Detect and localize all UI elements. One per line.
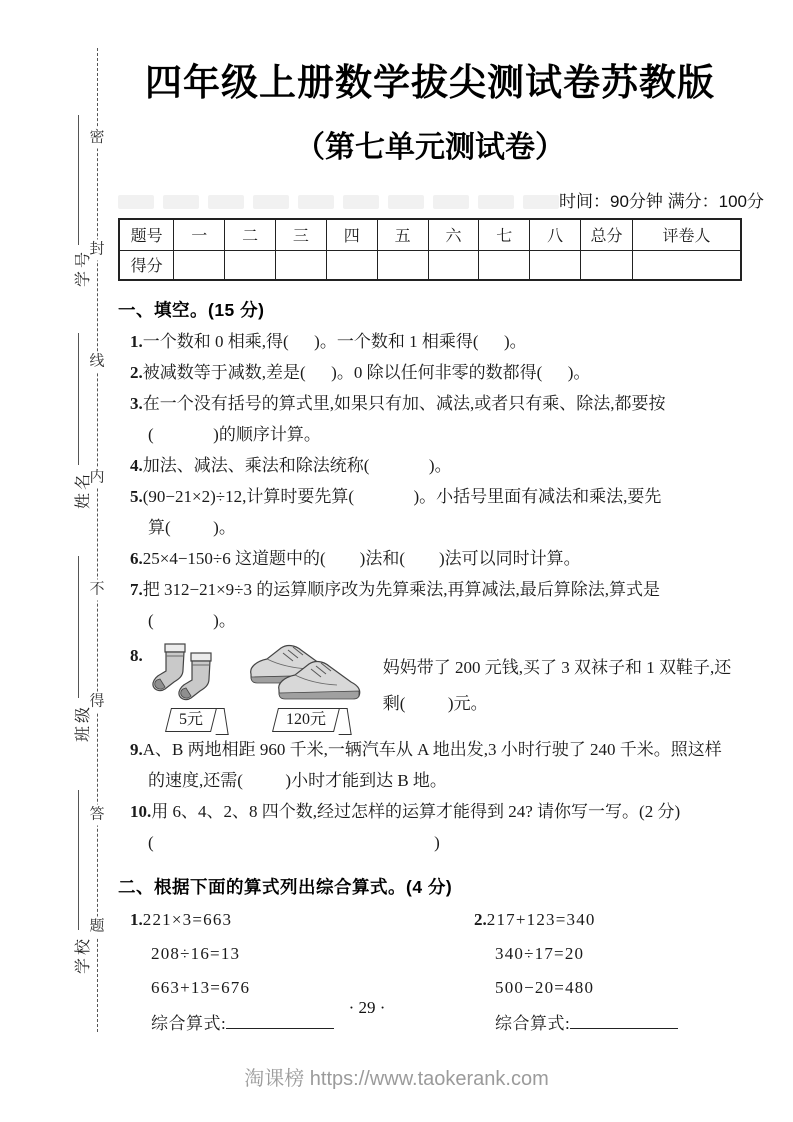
question-text: 的速度,还需( )小时才能到达 B 地。 [148, 771, 447, 790]
question-3: 3.在一个没有括号的算式里,如果只有加、减法,或者只有乘、除法,都要按 [118, 388, 742, 419]
equation-line: 1.221×3=663 [118, 903, 430, 937]
school-label: 学校 [70, 933, 90, 977]
question-8-text: 妈妈带了 200 元钱,买了 3 双袜子和 1 双鞋子,还 剩( )元。 [383, 642, 732, 722]
combined-expression-label: 综合算式: [495, 1014, 570, 1033]
page-subtitle: （第七单元测试卷） [118, 122, 742, 166]
equation: 500−20=480 [495, 978, 594, 997]
question-text: 一个数和 0 相乘,得( )。一个数和 1 相乘得( )。 [143, 332, 527, 351]
question-7: 7.把 312−21×9÷3 的运算顺序改为先算乘法,再算减法,最后算除法,算式… [118, 574, 742, 605]
combined-expression-row: 综合算式: [462, 1005, 742, 1043]
equation: 208÷16=13 [151, 944, 240, 963]
question-number: 4. [130, 456, 143, 475]
seal-char: 不 [88, 580, 105, 601]
question-text: 算( )。 [148, 518, 236, 537]
score-cell [326, 250, 377, 280]
site-watermark: 淘课榜 https://www.taokerank.com [0, 1062, 793, 1091]
score-table-header-row: 题号 一 二 三 四 五 六 七 八 总分 评卷人 [119, 219, 741, 250]
seal-char: 密 [88, 128, 105, 149]
question-text: 在一个没有括号的算式里,如果只有加、减法,或者只有乘、除法,都要按 [143, 394, 666, 413]
score-header-cell: 总分 [581, 219, 633, 250]
question-text: 把 312−21×9÷3 的运算顺序改为先算乘法,再算减法,最后算除法,算式是 [143, 580, 660, 599]
score-header-cell: 三 [276, 219, 327, 250]
paper-content: 四年级上册数学拔尖测试卷苏教版 （第七单元测试卷） 时间：90分钟 满分：100… [118, 0, 742, 1043]
meta-row: 时间：90分钟 满分：100分 [118, 190, 742, 212]
score-cell [276, 250, 327, 280]
question-number: 2. [130, 363, 143, 382]
score-cell [632, 250, 741, 280]
question-10: 10.用 6、4、2、8 四个数,经过怎样的运算才能得到 24? 请你写一写。(… [118, 796, 742, 827]
name-label: 姓名 [70, 468, 90, 512]
equation: 217+123=340 [487, 910, 596, 929]
question-text: ( )的顺序计算。 [148, 425, 321, 444]
question-number: 1. [130, 332, 143, 351]
question-text: 加法、减法、乘法和除法统称( )。 [143, 456, 452, 475]
question-9-line2: 的速度,还需( )小时才能到达 B 地。 [118, 765, 742, 796]
equation: 221×3=663 [143, 910, 232, 929]
score-row-label: 得分 [119, 250, 174, 280]
section2-heading: 二、根据下面的算式列出综合算式。(4 分) [118, 874, 742, 899]
school-write-line [78, 790, 79, 930]
page-number: · 29 · [325, 998, 409, 1018]
question-6: 6.25×4−150÷6 这道题中的( )法和( )法可以同时计算。 [118, 543, 742, 574]
score-header-cell: 七 [479, 219, 530, 250]
score-table: 题号 一 二 三 四 五 六 七 八 总分 评卷人 得分 [118, 218, 742, 281]
class-label: 班级 [70, 701, 90, 745]
exam-time-score: 时间：90分钟 满分：100分 [559, 187, 764, 212]
answer-blank-line [226, 1015, 334, 1029]
question-text: 25×4−150÷6 这道题中的( )法和( )法可以同时计算。 [143, 549, 581, 568]
question-text: 被减数等于减数,差是( )。0 除以任何非零的数都得( )。 [143, 363, 591, 382]
problem-number: 1. [130, 910, 143, 929]
socks-icon [151, 642, 231, 704]
question-number: 3. [130, 394, 143, 413]
question-number: 9. [130, 740, 143, 759]
sneakers-icon [247, 642, 365, 704]
seal-dashed-line [97, 48, 98, 1032]
question-5-line2: 算( )。 [118, 512, 742, 543]
section2-problem-1: 1.221×3=663 208÷16=13 663+13=676 综合算式: [118, 903, 430, 1043]
class-write-line [78, 556, 79, 698]
student-id-write-line [78, 115, 79, 245]
score-header-cell: 五 [377, 219, 428, 250]
equation-line: 2.217+123=340 [462, 903, 742, 937]
question-1: 1.一个数和 0 相乘,得( )。一个数和 1 相乘得( )。 [118, 326, 742, 357]
score-cell [479, 250, 530, 280]
question-number: 5. [130, 487, 143, 506]
answer-blank-line [570, 1015, 678, 1029]
equation-line: 500−20=480 [462, 971, 742, 1005]
shoes-price-tag: 120元 [272, 708, 340, 732]
score-table-score-row: 得分 [119, 250, 741, 280]
question-7-line2: ( )。 [118, 605, 742, 636]
seal-char: 线 [88, 352, 105, 373]
question-8-figures: 5元 120元 [151, 642, 365, 732]
question-text: A、B 两地相距 960 千米,一辆汽车从 A 地出发,3 小时行驶了 240 … [143, 740, 722, 759]
score-cell [377, 250, 428, 280]
problem-number: 2. [474, 910, 487, 929]
score-cell [530, 250, 581, 280]
score-header-cell: 评卷人 [632, 219, 741, 250]
combined-expression-label: 综合算式: [151, 1014, 226, 1033]
question-text: ( )。 [148, 611, 236, 630]
score-cell [174, 250, 225, 280]
question-number: 8. [118, 642, 143, 670]
score-header-cell: 题号 [119, 219, 174, 250]
test-paper-page: 密 封 线 内 不 得 答 题 学号 姓名 班级 学校 四年级上册数学拔尖测试卷… [0, 0, 793, 1122]
score-header-cell: 六 [428, 219, 479, 250]
score-header-cell: 四 [326, 219, 377, 250]
question-8: 8. 5元 [118, 642, 742, 732]
score-header-cell: 一 [174, 219, 225, 250]
section2-columns: 1.221×3=663 208÷16=13 663+13=676 综合算式: 2… [118, 903, 742, 1043]
seal-char: 答 [88, 805, 105, 826]
score-cell [581, 250, 633, 280]
student-id-label: 学号 [70, 246, 90, 290]
question-text: (90−21×2)÷12,计算时要先算( )。小括号里面有减法和乘法,要先 [143, 487, 662, 506]
question-text: 用 6、4、2、8 四个数,经过怎样的运算才能得到 24? 请你写一写。(2 分… [151, 802, 680, 821]
shoes-figure: 120元 [247, 642, 365, 732]
question-number: 10. [130, 802, 151, 821]
equation: 340÷17=20 [495, 944, 584, 963]
question-4: 4.加法、减法、乘法和除法统称( )。 [118, 450, 742, 481]
equation: 663+13=676 [151, 978, 250, 997]
section1-heading: 一、填空。(15 分) [118, 297, 742, 322]
question-9: 9.A、B 两地相距 960 千米,一辆汽车从 A 地出发,3 小时行驶了 24… [118, 734, 742, 765]
equation-line: 340÷17=20 [462, 937, 742, 971]
question-10-line2: ( ) [118, 827, 742, 858]
question-number: 6. [130, 549, 143, 568]
name-write-line [78, 333, 79, 465]
socks-price: 5元 [179, 709, 203, 731]
question-text: ( ) [148, 833, 440, 852]
question-3-line2: ( )的顺序计算。 [118, 419, 742, 450]
socks-price-tag: 5元 [165, 708, 217, 732]
redacted-watermark-row [118, 195, 559, 212]
score-header-cell: 二 [225, 219, 276, 250]
score-header-cell: 八 [530, 219, 581, 250]
equation-line: 208÷16=13 [118, 937, 430, 971]
question-5: 5.(90−21×2)÷12,计算时要先算( )。小括号里面有减法和乘法,要先 [118, 481, 742, 512]
section2-problem-2: 2.217+123=340 340÷17=20 500−20=480 综合算式: [430, 903, 742, 1043]
question-number: 7. [130, 580, 143, 599]
seal-char: 题 [88, 917, 105, 938]
shoes-price: 120元 [286, 709, 326, 731]
page-title: 四年级上册数学拔尖测试卷苏教版 [118, 52, 742, 106]
score-cell [225, 250, 276, 280]
socks-figure: 5元 [151, 642, 231, 732]
question-text: 剩( )元。 [383, 686, 732, 722]
question-2: 2.被减数等于减数,差是( )。0 除以任何非零的数都得( )。 [118, 357, 742, 388]
question-text: 妈妈带了 200 元钱,买了 3 双袜子和 1 双鞋子,还 [383, 650, 732, 686]
score-cell [428, 250, 479, 280]
